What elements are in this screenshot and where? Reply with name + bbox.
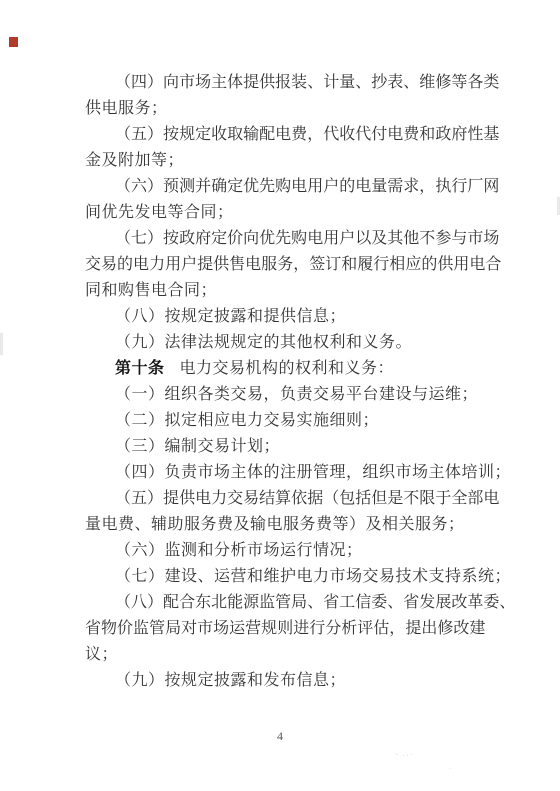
scan-edge-artifact xyxy=(0,333,3,355)
text-line: （九）按规定披露和发布信息； xyxy=(85,668,479,694)
text-line: （五）按规定收取输配电费，代收代付电费和政府性基 xyxy=(85,122,479,148)
text-line: 第十条电力交易机构的权利和义务： xyxy=(85,356,479,382)
scan-smudge: ヽ.,. xyxy=(391,747,414,761)
red-stamp-mark xyxy=(9,37,18,47)
text-line: （七）建设、运营和维护电力市场交易技术支持系统； xyxy=(85,564,479,590)
text-line: （九）法律法规规定的其他权利和义务。 xyxy=(85,330,479,356)
text-line: 议； xyxy=(85,642,479,668)
text-line: （六）预测并确定优先购电用户的电量需求，执行厂网 xyxy=(85,174,479,200)
text-line: 量电费、辅助服务费及输电服务费等）及相关服务； xyxy=(85,512,479,538)
text-line: （四）负责市场主体的注册管理，组织市场主体培训； xyxy=(85,460,479,486)
text-line: （四）向市场主体提供报装、计量、抄表、维修等各类 xyxy=(85,70,479,96)
text-line: （八）配合东北能源监管局、省工信委、省发展改革委、 xyxy=(85,590,479,616)
text-line: 供电服务； xyxy=(85,96,479,122)
text-line: （六）监测和分析市场运行情况； xyxy=(85,538,479,564)
text-line: （五）提供电力交易结算依据（包括但是不限于全部电 xyxy=(85,486,479,512)
text-line: 同和购售电合同； xyxy=(85,278,479,304)
text-line: （七）按政府定价向优先购电用户以及其他不参与市场 xyxy=(85,226,479,252)
text-line: 金及附加等； xyxy=(85,148,479,174)
text-block: （四）向市场主体提供报装、计量、抄表、维修等各类供电服务；（五）按规定收取输配电… xyxy=(85,70,479,694)
text-line: 省物价监管局对市场运营规则进行分析评估，提出修改建 xyxy=(85,616,479,642)
article-number: 第十条 xyxy=(115,360,165,377)
text-line: 间优先发电等合同； xyxy=(85,200,479,226)
document-page: （四）向市场主体提供报装、计量、抄表、维修等各类供电服务；（五）按规定收取输配电… xyxy=(0,0,560,791)
page-number: 4 xyxy=(0,728,560,744)
text-line: （三）编制交易计划； xyxy=(85,434,479,460)
scan-smudge: - xyxy=(448,763,454,773)
text-line: （二）拟定相应电力交易实施细则； xyxy=(85,408,479,434)
text-line: （一）组织各类交易，负责交易平台建设与运维； xyxy=(85,382,479,408)
text-line: 交易的电力用户提供售电服务，签订和履行相应的供用电合 xyxy=(85,252,479,278)
text-line: （八）按规定披露和提供信息； xyxy=(85,304,479,330)
